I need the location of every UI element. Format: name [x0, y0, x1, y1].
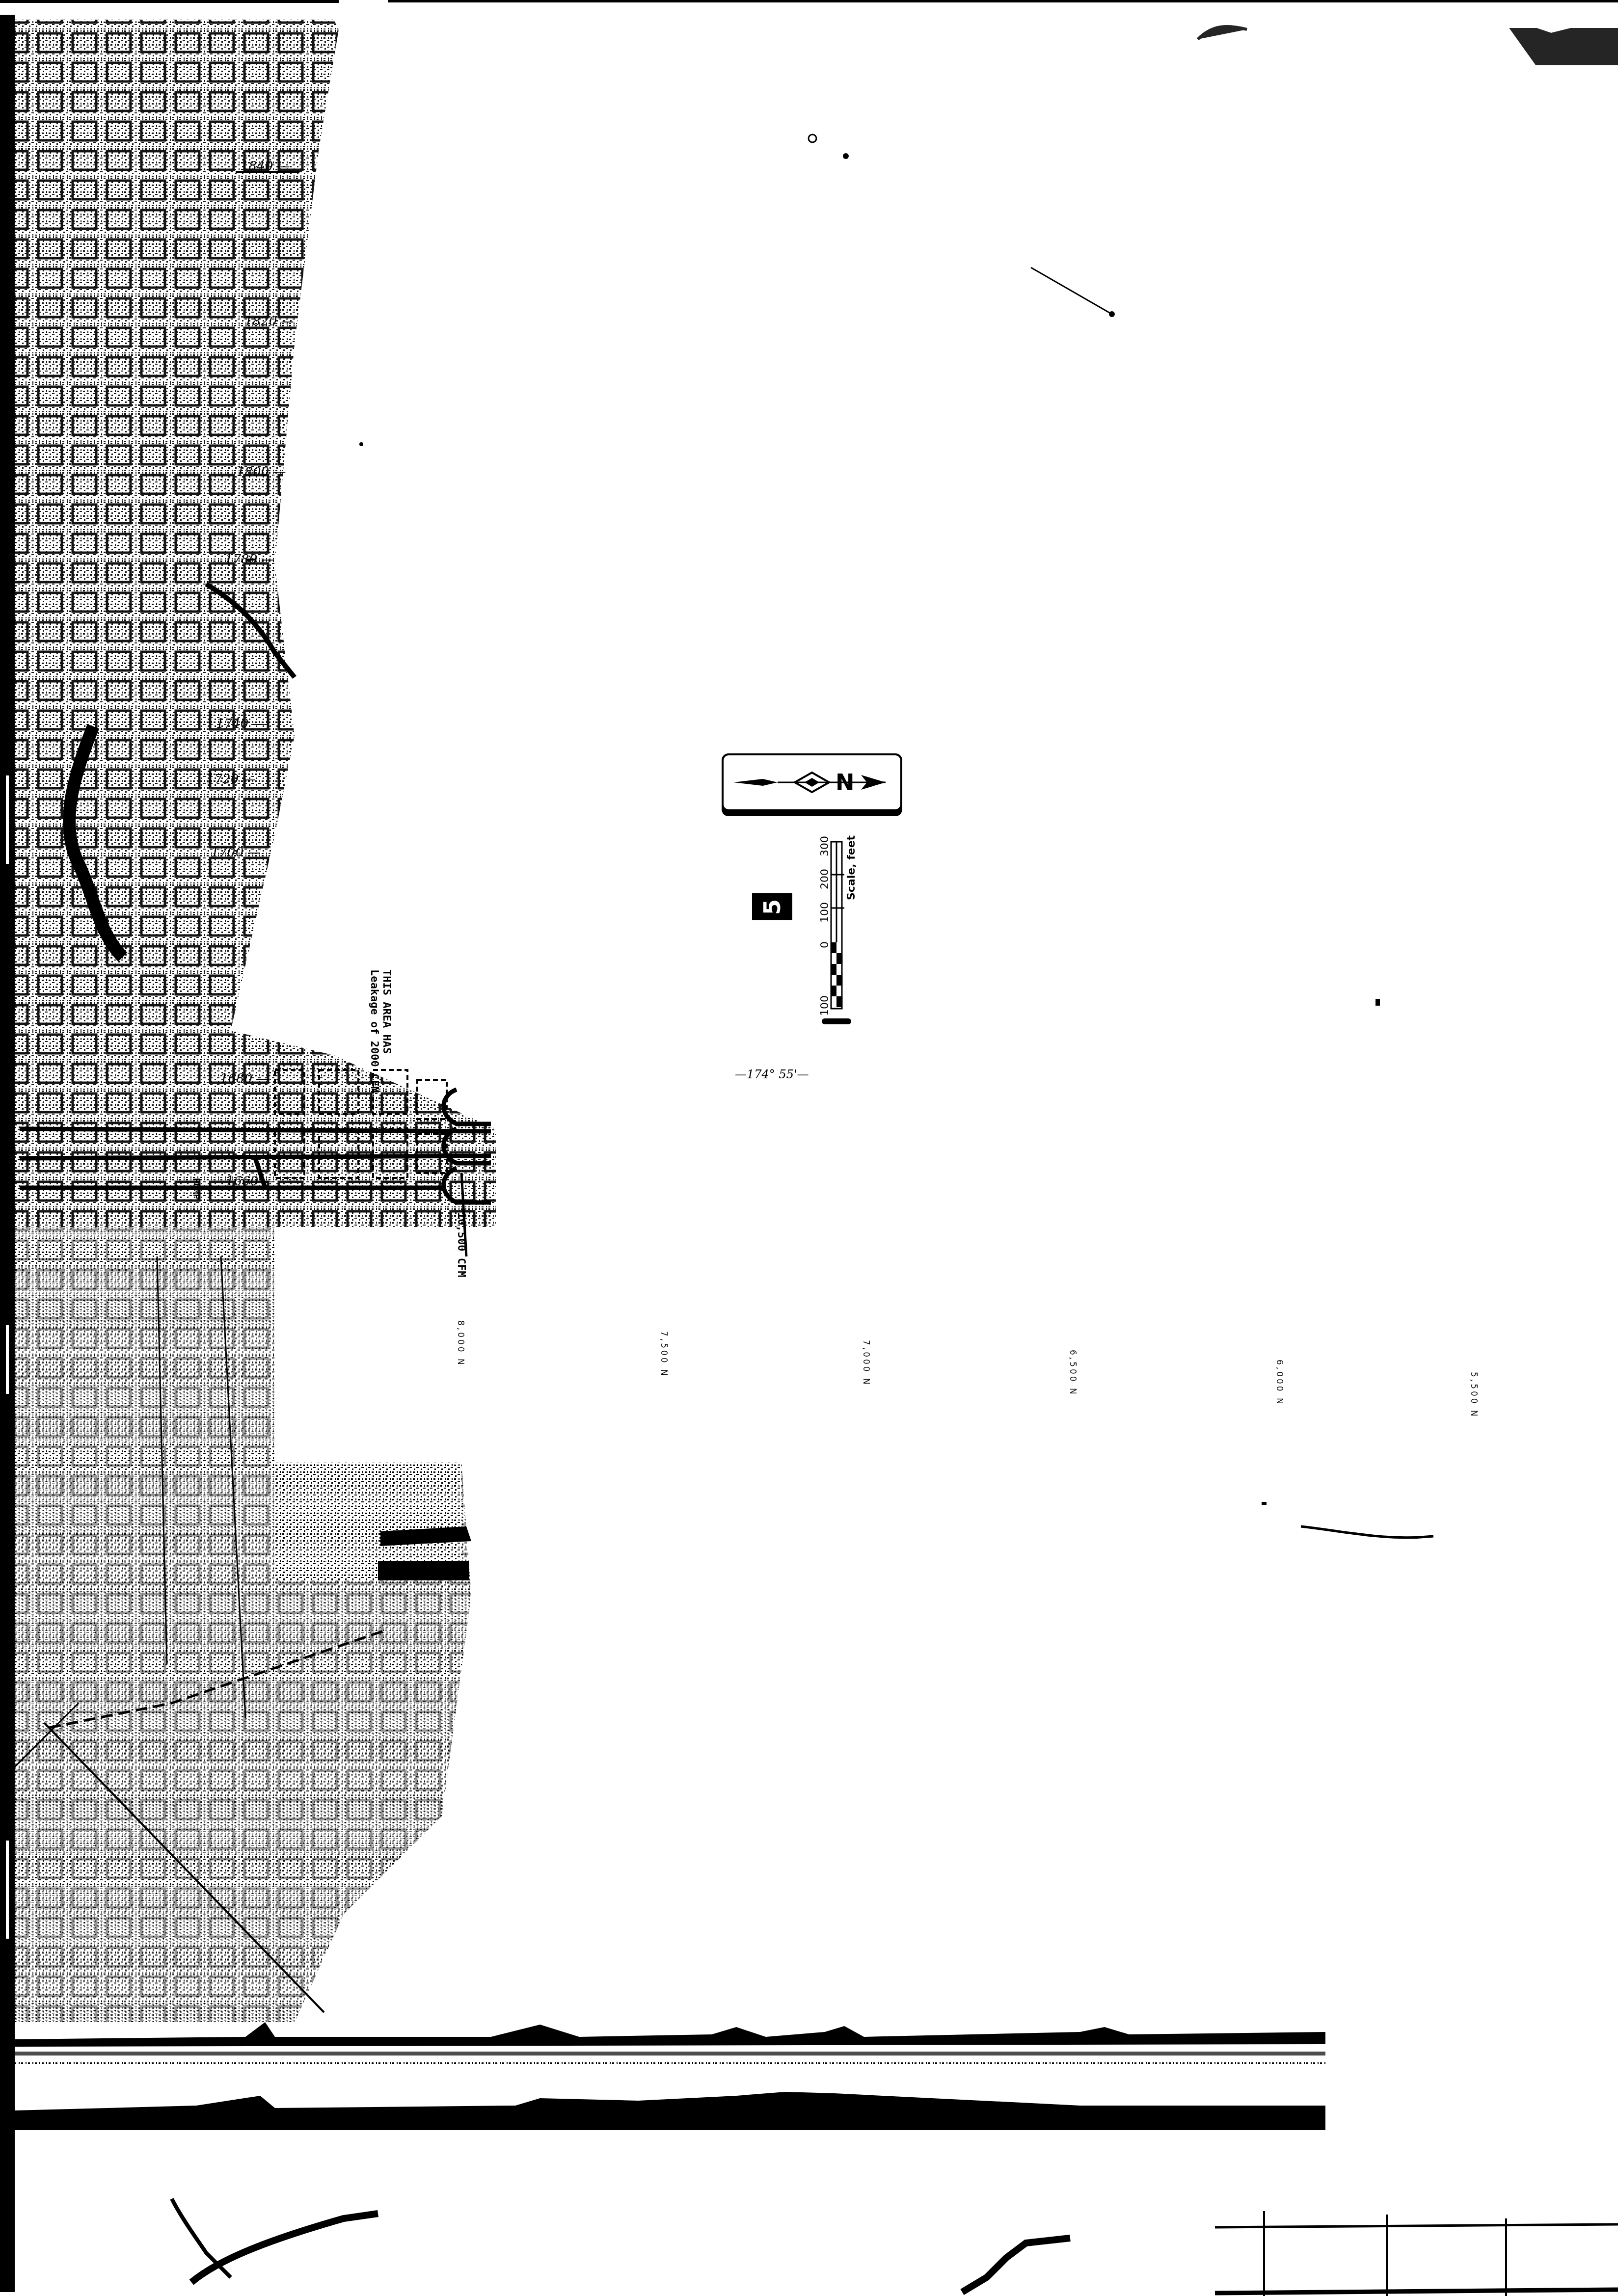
contour-label: 1840: [241, 159, 290, 174]
contour-label: 1680: [220, 1071, 269, 1086]
north-arrow: N: [722, 753, 902, 811]
scale-tick: 100: [819, 995, 831, 1016]
scale-tick: 0: [819, 941, 831, 948]
contour-label: 1740: [216, 717, 265, 731]
contour-label: 1660: [226, 1174, 275, 1189]
north-arrow-icon: [724, 755, 900, 809]
grid-northing-label: 8,000 N: [456, 1320, 465, 1367]
pump-note: PUMP: [191, 1178, 201, 1199]
contour-label: 1720: [206, 772, 255, 787]
grid-northing-label: 5,500 N: [1469, 1372, 1479, 1418]
grid-northing-label: 7,000 N: [861, 1340, 871, 1387]
grid-northing-label: 6,000 N: [1274, 1360, 1284, 1406]
scale-tick: 300: [819, 836, 831, 856]
scale-title: Scale, feet: [845, 835, 858, 900]
airflow-note: 10,500 CFM: [455, 1212, 467, 1277]
leakage-note-line1: THIS AREA HAS: [380, 969, 393, 1054]
grid-northing-label: 6,500 N: [1068, 1350, 1078, 1396]
contour-label: 1820: [244, 314, 294, 329]
scale-tick: 200: [819, 869, 831, 889]
contour-label: 1700: [211, 845, 260, 860]
map-canvas: [0, 0, 1618, 2296]
north-label: N: [836, 769, 855, 796]
scale-tick: 100: [819, 902, 831, 923]
contour-label: 1780: [225, 552, 274, 567]
meridian-label: —174° 55'—: [735, 1068, 809, 1081]
grid-northing-label: 7,500 N: [659, 1331, 669, 1378]
sheet-number-badge: 5: [752, 893, 792, 920]
contour-label: 1800: [237, 465, 286, 480]
sheet-number: 5: [759, 899, 785, 914]
leakage-note-line2: Leakage of 2000 CFM: [368, 969, 380, 1093]
